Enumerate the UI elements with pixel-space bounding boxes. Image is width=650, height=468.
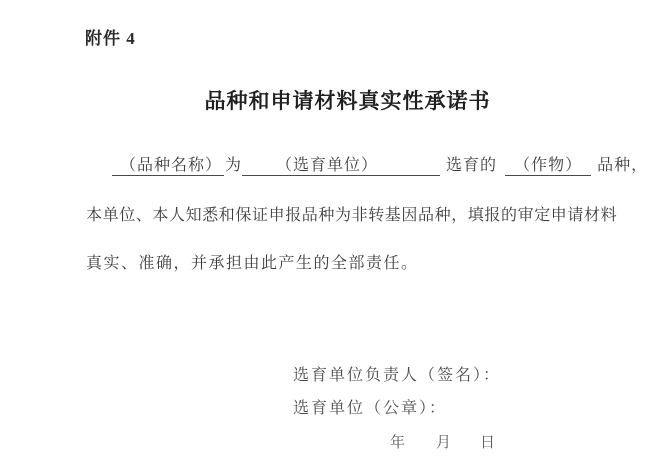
connector-wei: 为 <box>225 157 242 174</box>
line1-tail: 品种， <box>597 157 648 174</box>
day-label: 日 <box>480 435 496 451</box>
body-line-1: （品种名称）为（选育单位）选育的（作物）品种， <box>112 152 648 176</box>
document-page: 附件 4 品种和申请材料真实性承诺书 （品种名称）为（选育单位）选育的（作物）品… <box>0 0 650 468</box>
body-line-3: 真实、准确，并承担由此产生的全部责任。 <box>86 250 419 273</box>
body-line-2: 本单位、本人知悉和保证申报品种为非转基因品种，填报的审定申请材料 <box>86 202 617 225</box>
signature-unit-seal-line: 选育单位（公章）： <box>293 395 447 418</box>
blank-breeding-unit: （选育单位） <box>242 156 440 176</box>
attachment-label: 附件 4 <box>85 24 136 49</box>
month-label: 月 <box>436 435 452 451</box>
date-line: 年月日 <box>390 431 496 452</box>
signature-responsible-person-line: 选育单位负责人（签名）： <box>293 362 501 385</box>
connector-bred-by: 选育的 <box>446 157 497 174</box>
blank-crop: （作物） <box>505 156 591 176</box>
blank-variety-name: （品种名称） <box>112 156 224 176</box>
title-row: 品种和申请材料真实性承诺书 <box>0 85 650 115</box>
document-title: 品种和申请材料真实性承诺书 <box>205 89 491 113</box>
year-label: 年 <box>390 435 406 451</box>
